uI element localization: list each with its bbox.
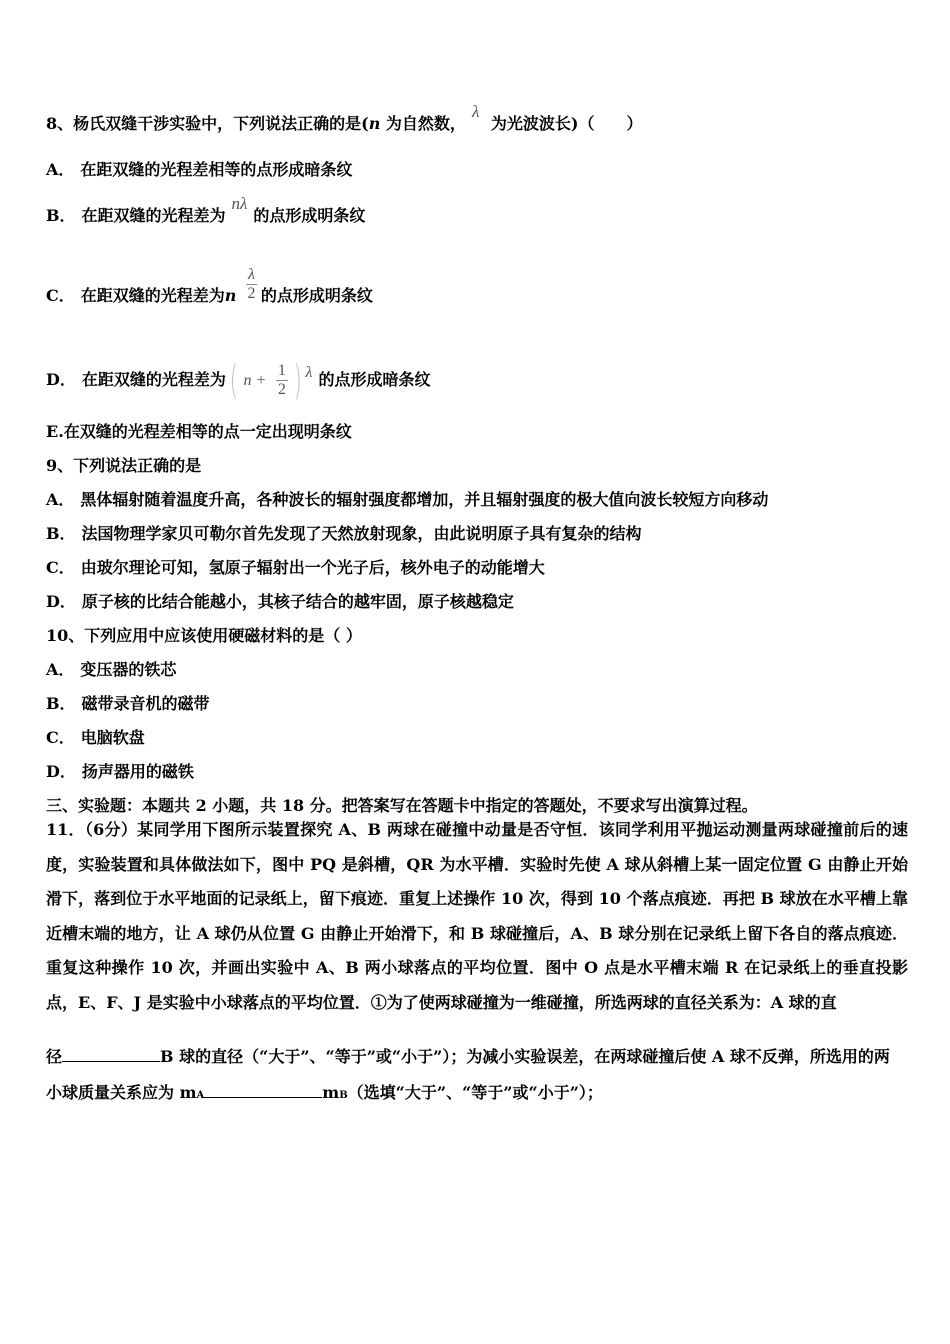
fraction-numerator: λ — [246, 266, 257, 285]
q8-option-e: E.在双缝的光程差相等的点一定出现明条纹 — [46, 422, 352, 442]
q10-stem: 10、下列应用中应该使用硬磁材料的是（ ） — [46, 626, 362, 646]
option-label: C． — [46, 558, 75, 577]
q9-option-b: B．法国物理学家贝可勒尔首先发现了天然放射现象，由此说明原子具有复杂的结构 — [46, 524, 642, 544]
n-lambda-formula: nλ — [232, 194, 248, 213]
q11-body: 11．（6分）某同学用下图所示装置探究 A、B 两球在碰撞中动量是否守恒．该同学… — [46, 813, 908, 1020]
one-half-fraction: 1 2 — [276, 362, 288, 399]
answer-blank-mass[interactable] — [204, 1083, 322, 1098]
q8-stem-text-mid: 为自然数， — [380, 114, 466, 133]
subscript-b: B — [339, 1090, 347, 1101]
close-paren: ) — [294, 371, 302, 391]
option-text: 黑体辐射随着温度升高，各种波长的辐射强度都增加，并且辐射强度的极大值向波长较短方… — [80, 490, 768, 509]
option-label: A． — [46, 490, 74, 509]
q11-text: B 球的直径（“大于”、“等于”或“小于”）；为减小实验误差，在两球碰撞后使 A… — [160, 1047, 890, 1066]
option-label: D． — [46, 762, 76, 781]
q10-option-d: D．扬声器用的磁铁 — [46, 762, 194, 782]
q8-n-symbol: n — [369, 114, 381, 133]
q9-option-d: D．原子核的比结合能越小，其核子结合的越牢固，原子核越稳定 — [46, 592, 514, 612]
fraction-denominator: 2 — [276, 381, 288, 399]
lambda-symbol: λ — [472, 102, 479, 121]
option-text: 法国物理学家贝可勒尔首先发现了天然放射现象，由此说明原子具有复杂的结构 — [82, 524, 642, 543]
lambda-symbol: λ — [306, 364, 313, 381]
open-paren: ( — [230, 371, 238, 391]
q9-option-c: C．由玻尔理论可知，氢原子辐射出一个光子后，核外电子的动能增大 — [46, 558, 545, 578]
lambda-over-2-fraction: λ 2 — [246, 266, 257, 303]
q8-option-b: B．在距双缝的光程差为nλ的点形成明条纹 — [46, 206, 365, 226]
q11-text: （选填“大于”、“等于”或“小于”）； — [348, 1083, 603, 1102]
option-label: D． — [46, 370, 76, 389]
q10-option-b: B．磁带录音机的磁带 — [46, 694, 210, 714]
option-text: 电脑软盘 — [81, 728, 145, 747]
option-text: 由玻尔理论可知，氢原子辐射出一个光子后，核外电子的动能增大 — [81, 558, 545, 577]
q10-option-c: C．电脑软盘 — [46, 728, 145, 748]
option-label: B． — [46, 524, 76, 543]
fraction-numerator: 1 — [276, 362, 288, 381]
q8-option-c: C．在距双缝的光程差为n λ 2 的点形成明条纹 — [46, 278, 373, 315]
option-label: B． — [46, 206, 76, 225]
option-text: 扬声器用的磁铁 — [82, 762, 194, 781]
n-plus: n + — [244, 372, 267, 389]
option-text: 在距双缝的光程差相等的点形成暗条纹 — [80, 160, 352, 179]
option-label: A． — [46, 660, 74, 679]
option-label: A． — [46, 160, 74, 179]
q9-option-a: A．黑体辐射随着温度升高，各种波长的辐射强度都增加，并且辐射强度的极大值向波长较… — [46, 490, 768, 510]
q11-line-diameter: 径B 球的直径（“大于”、“等于”或“小于”）；为减小实验误差，在两球碰撞后使 … — [46, 1047, 890, 1067]
option-label: C． — [46, 728, 75, 747]
q8-stem-text-post: 为光波波长)（ ） — [485, 114, 642, 133]
fraction-denominator: 2 — [246, 285, 257, 303]
option-label: C． — [46, 286, 75, 305]
option-text: 在距双缝的光程差为 — [82, 370, 226, 389]
option-text-post: 的点形成明条纹 — [253, 206, 365, 225]
option-label: E. — [46, 422, 64, 441]
q11-text: 小球质量关系应为 m — [46, 1083, 197, 1102]
option-text: 在距双缝的光程差为 — [81, 286, 225, 305]
q8-stem: 8、杨氏双缝干涉实验中，下列说法正确的是(n 为自然数，λ 为光波波长)（ ） — [46, 114, 642, 134]
q8-option-d: D．在距双缝的光程差为(n + 1 2 )λ的点形成暗条纹 — [46, 362, 430, 399]
option-text: 磁带录音机的磁带 — [82, 694, 210, 713]
option-text: 变压器的铁芯 — [80, 660, 176, 679]
q10-option-a: A．变压器的铁芯 — [46, 660, 176, 680]
n-symbol: n — [225, 286, 237, 305]
option-text-post: 的点形成暗条纹 — [318, 370, 430, 389]
q11-text: 径 — [46, 1047, 62, 1066]
option-text: 原子核的比结合能越小，其核子结合的越牢固，原子核越稳定 — [82, 592, 514, 611]
answer-blank-diameter[interactable] — [62, 1047, 160, 1062]
option-label: B． — [46, 694, 76, 713]
m-b-symbol: m — [322, 1083, 339, 1102]
q11-line-mass: 小球质量关系应为 mAmB（选填“大于”、“等于”或“小于”）； — [46, 1083, 603, 1106]
option-label: D． — [46, 592, 76, 611]
q8-option-a: A．在距双缝的光程差相等的点形成暗条纹 — [46, 160, 352, 180]
q8-stem-text: 8、杨氏双缝干涉实验中，下列说法正确的是( — [46, 114, 369, 133]
q9-stem: 9、下列说法正确的是 — [46, 456, 201, 476]
option-text-post: 的点形成明条纹 — [261, 286, 373, 305]
option-text: 在距双缝的光程差为 — [82, 206, 226, 225]
subscript-a: A — [197, 1090, 205, 1101]
option-text: 在双缝的光程差相等的点一定出现明条纹 — [64, 422, 352, 441]
